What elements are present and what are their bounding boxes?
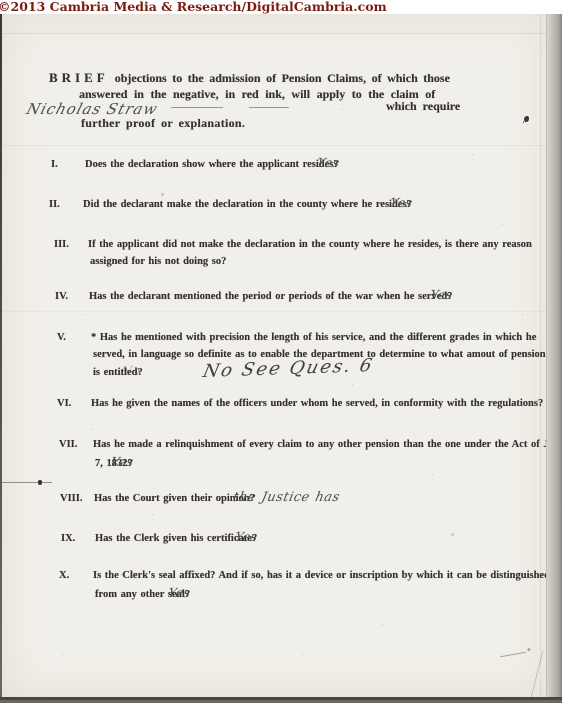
- question-text: Does the declaration show where the appl…: [85, 159, 339, 170]
- handwritten-answer-faint: No: [155, 363, 159, 380]
- paper-bottom-edge: [0, 697, 562, 700]
- handwritten-answer: Yes: [424, 195, 428, 212]
- question-text: Has the declarant mentioned the period o…: [89, 291, 452, 302]
- margin-pen-stroke: [2, 482, 52, 483]
- handwritten-answer: Yes: [465, 287, 469, 304]
- question-row-9: IX.Has the Clerk given his certificate?Y…: [61, 529, 562, 548]
- paper-crease: [2, 311, 548, 312]
- title-line-1: BRIEFobjections to the admission of Pens…: [49, 70, 450, 86]
- question-numeral: VII.: [59, 437, 85, 454]
- question-text: If the applicant did not make the declar…: [88, 239, 532, 267]
- document-paper: BRIEFobjections to the admission of Pens…: [2, 14, 548, 697]
- title-line-1-rest: objections to the admission of Pension C…: [115, 71, 450, 85]
- paper-crease: [2, 33, 548, 34]
- question-row-1: I.Does the declaration show where the ap…: [51, 155, 559, 174]
- question-numeral: III.: [54, 237, 80, 254]
- question-numeral: IV.: [55, 289, 81, 306]
- question-row-7: VII.Has he made a relinquishment of ever…: [59, 437, 562, 472]
- handwritten-answer: Yes: [351, 155, 355, 172]
- title-line-3-right: which require: [386, 99, 460, 114]
- question-numeral: I.: [51, 157, 77, 174]
- scan-background: BRIEFobjections to the admission of Pens…: [0, 14, 562, 703]
- question-text: Is the Clerk's seal affixed? And if so, …: [93, 570, 550, 600]
- question-text: Has the Court given their opinion?: [94, 493, 255, 504]
- question-numeral: II.: [49, 197, 75, 214]
- handwritten-answer: the Justice has: [267, 490, 341, 507]
- handwritten-answer: Yes: [145, 454, 149, 471]
- question-numeral: VIII.: [60, 491, 86, 508]
- question-row-8: VIII.Has the Court given their opinion?t…: [60, 490, 562, 508]
- question-row-10: X.Is the Clerk's seal affixed? And if so…: [59, 568, 562, 603]
- handwritten-answer: Yes: [269, 529, 273, 546]
- pen-dash: [249, 107, 289, 108]
- question-text: Did the declarant make the declaration i…: [83, 199, 412, 210]
- pen-dash: [171, 107, 223, 108]
- question-numeral: V.: [57, 330, 83, 347]
- copyright-text: ©2013 Cambria Media & Research/DigitalCa…: [0, 0, 387, 14]
- paper-speckles: [2, 14, 3, 15]
- corner-fold-line: [530, 651, 544, 702]
- question-text: Has he made a relinquishment of every cl…: [93, 439, 562, 469]
- title-line-4: further proof or explanation.: [81, 116, 245, 131]
- paper-right-edge: [546, 14, 562, 697]
- question-text: Has he given the names of the officers u…: [91, 398, 543, 409]
- question-row-4: IV.Has the declarant mentioned the perio…: [55, 287, 562, 306]
- scanned-pension-form-page: ©2013 Cambria Media & Research/DigitalCa…: [0, 0, 562, 703]
- title-word-brief: BRIEF: [49, 70, 109, 85]
- question-numeral: X.: [59, 568, 85, 585]
- question-row-6: VI.Has he given the names of the officer…: [57, 396, 562, 413]
- paper-crease: [2, 145, 548, 146]
- corner-pen-mark: [500, 652, 526, 657]
- question-row-2: II.Did the declarant make the declaratio…: [49, 195, 557, 214]
- question-numeral: IX.: [61, 531, 87, 548]
- copyright-watermark: ©2013 Cambria Media & Research/DigitalCa…: [0, 0, 558, 14]
- question-numeral: VI.: [57, 396, 83, 413]
- handwritten-answer: Yes: [202, 585, 206, 602]
- question-row-3: III.If the applicant did not make the de…: [54, 237, 562, 270]
- ink-blot: [524, 116, 529, 122]
